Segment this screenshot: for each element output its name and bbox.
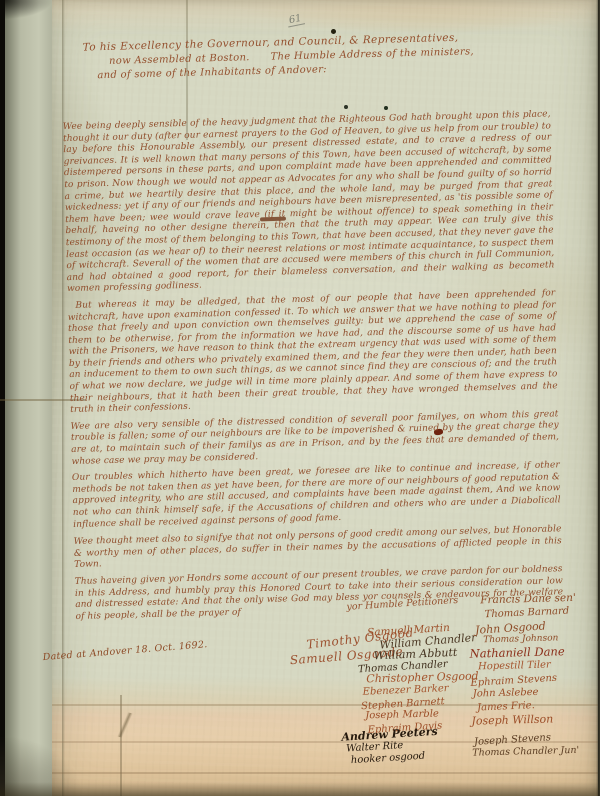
- document-heading: To his Excellency the Governour, and Cou…: [83, 29, 554, 81]
- document-content: 61 To his Excellency the Governour, and …: [0, 0, 600, 796]
- signature-column-right: Francis Dane sen' Thomas Barnard John Os…: [468, 591, 600, 760]
- body-paragraph-2: But whereas it may be alledged, that the…: [67, 288, 558, 417]
- body-paragraph-5: Wee thought meet also to signifye that n…: [74, 524, 563, 572]
- manuscript-photo: 61 To his Excellency the Governour, and …: [0, 0, 600, 796]
- page-number: 61: [286, 12, 305, 27]
- photo-corner-shadow: [0, 0, 70, 26]
- signature-group-dark-ink: Andrew Peeters Walter Rite hooker osgood: [341, 726, 439, 767]
- photo-edge: [596, 0, 600, 796]
- body-paragraph-3: Wee are also very sensible of the distre…: [70, 409, 559, 468]
- petition-body: Wee being deeply sensible of the heavy j…: [63, 109, 564, 628]
- body-paragraph-4: Our troubles which hitherto have been gr…: [72, 460, 561, 531]
- body-paragraph-1: Wee being deeply sensible of the heavy j…: [63, 109, 555, 296]
- photo-edge-shadow: [0, 782, 600, 796]
- date-line: Dated at Andover 18. Oct. 1692.: [42, 639, 208, 663]
